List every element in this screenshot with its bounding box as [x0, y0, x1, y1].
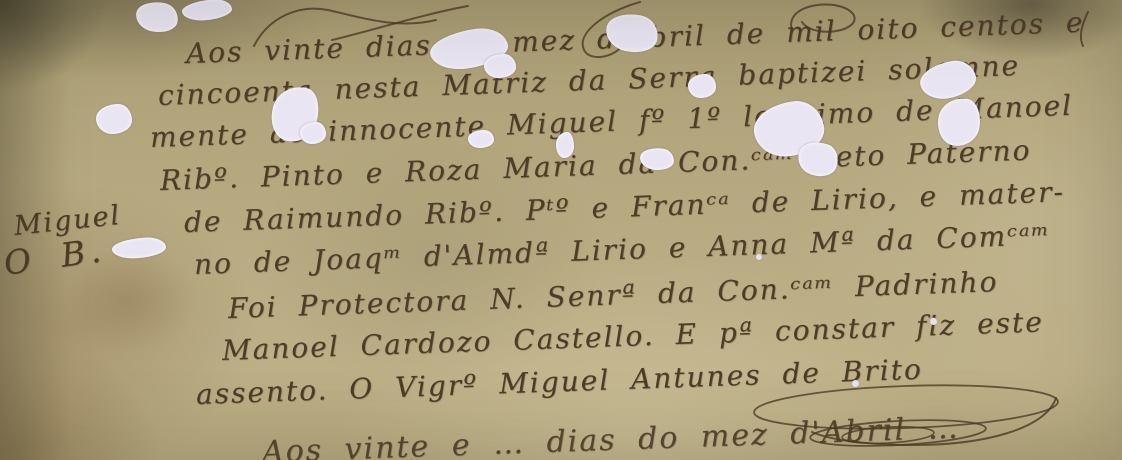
damage-spot	[134, 0, 181, 35]
damage-spot	[96, 104, 132, 134]
damage-spot	[468, 130, 494, 148]
damage-spot	[484, 54, 516, 78]
damage-spot	[688, 74, 716, 98]
damage-spot	[556, 132, 574, 158]
damage-spot	[111, 236, 166, 260]
damage-spot	[181, 0, 233, 22]
next-record-fragment: Aos vinte e … dias do mez d'Abril …	[261, 414, 960, 460]
damage-speck	[756, 254, 762, 260]
damage-spot	[300, 122, 326, 144]
manuscript-page: Miguel O B. Aos vinte dias do mez d'Abri…	[0, 0, 1122, 460]
damage-speck	[930, 318, 937, 325]
damage-speck	[852, 380, 859, 387]
